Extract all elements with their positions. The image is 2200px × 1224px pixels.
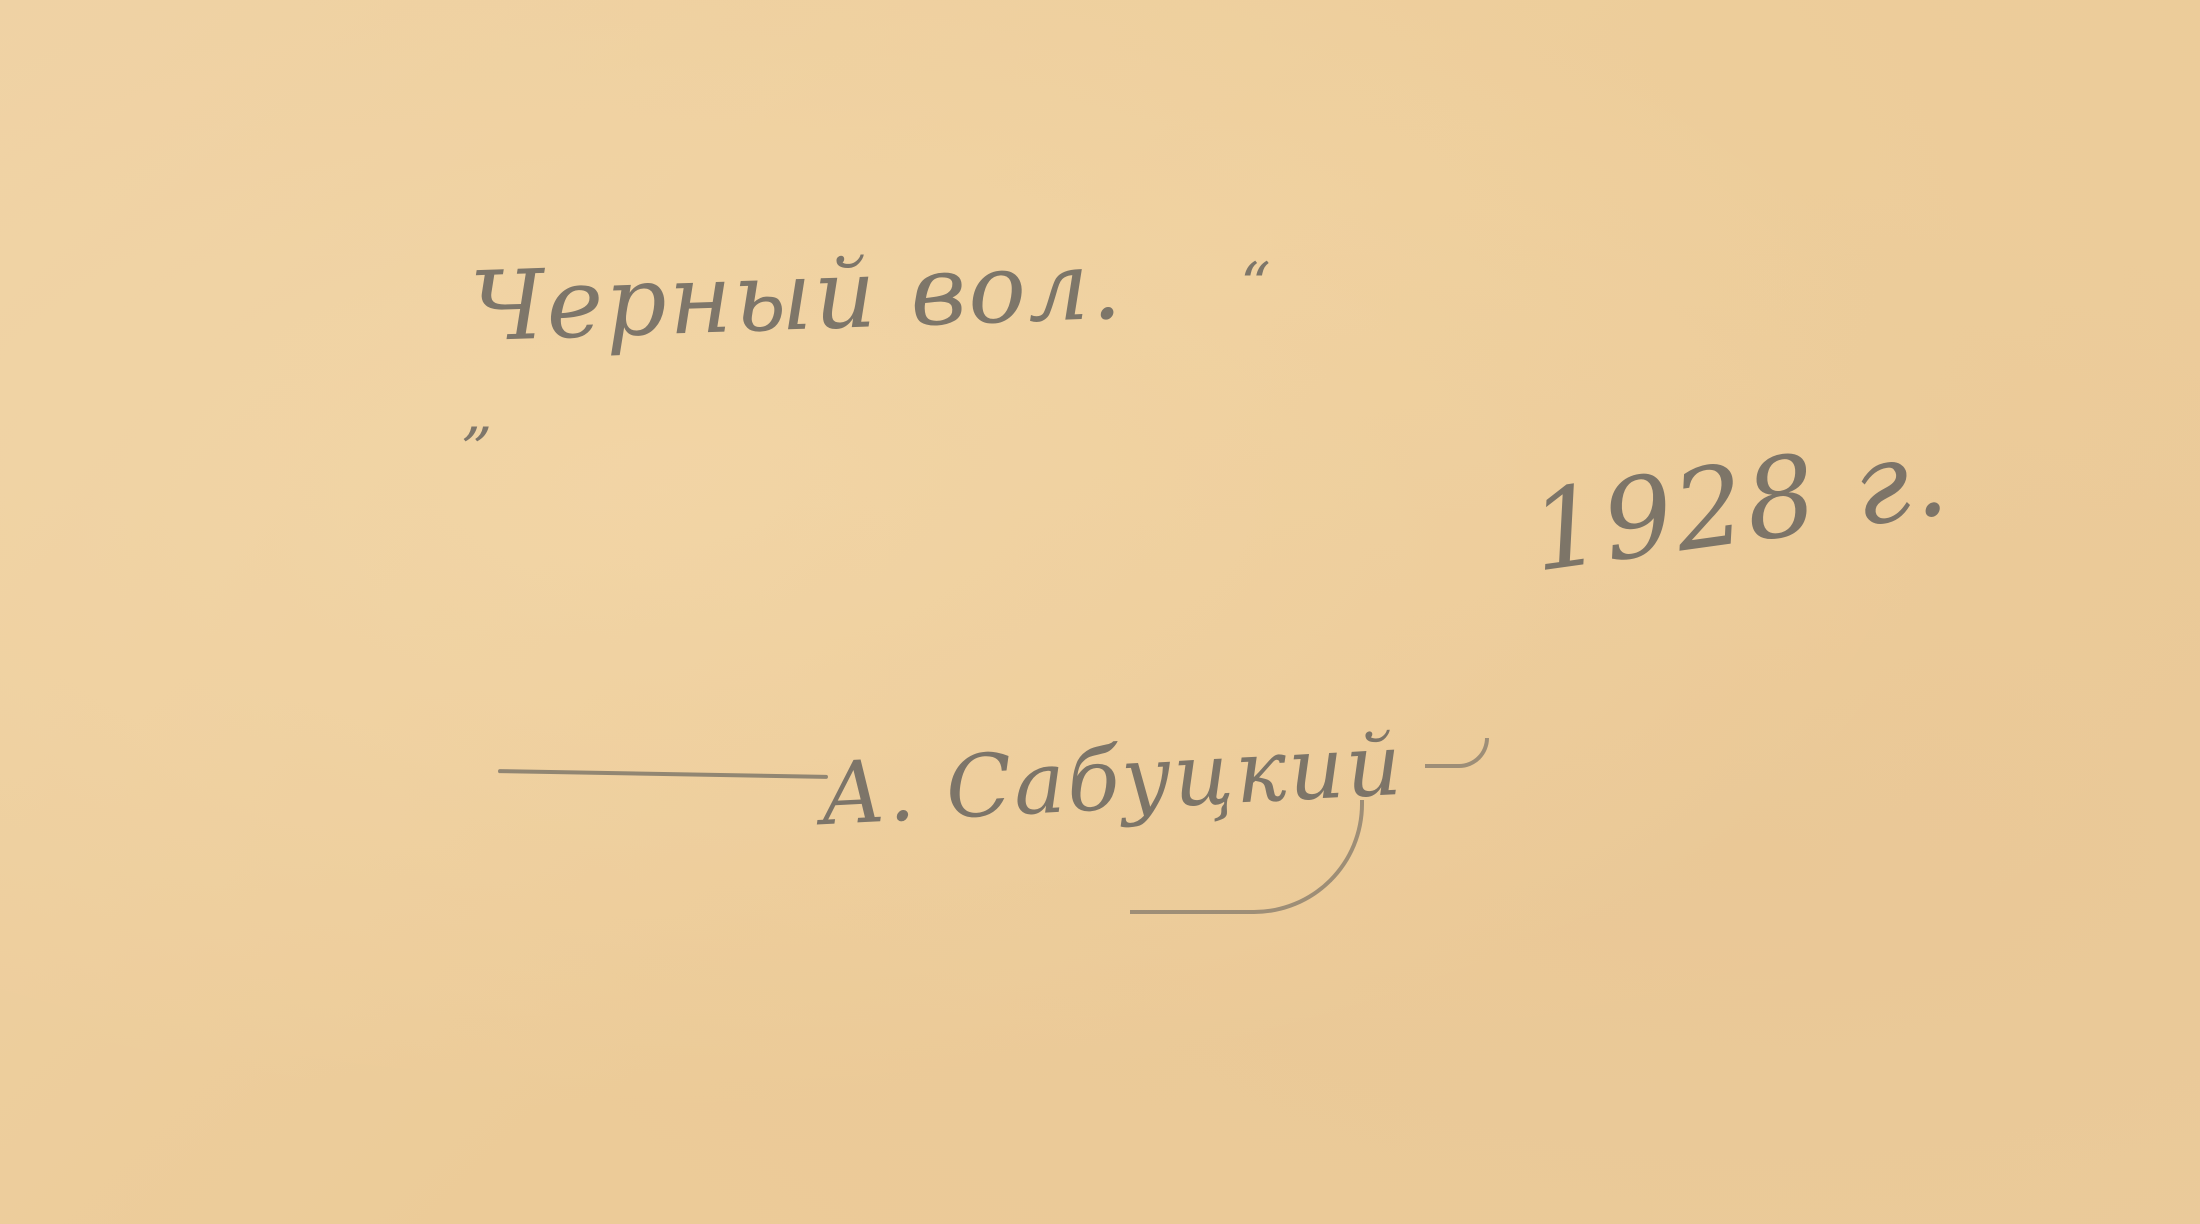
paper-sheet: „ Черный вол. “ 1928 г. А. Сабуцкий: [0, 0, 2200, 1224]
signature-flourish: [1130, 800, 1364, 914]
inscription-date: 1928 г.: [1523, 411, 1956, 596]
signature-stroke: [498, 769, 828, 779]
inscription-title: Черный вол.: [468, 229, 1125, 364]
signature-tail-mark: [1425, 738, 1489, 768]
closing-quote: “: [1240, 250, 1273, 320]
opening-quote: „: [462, 378, 495, 448]
